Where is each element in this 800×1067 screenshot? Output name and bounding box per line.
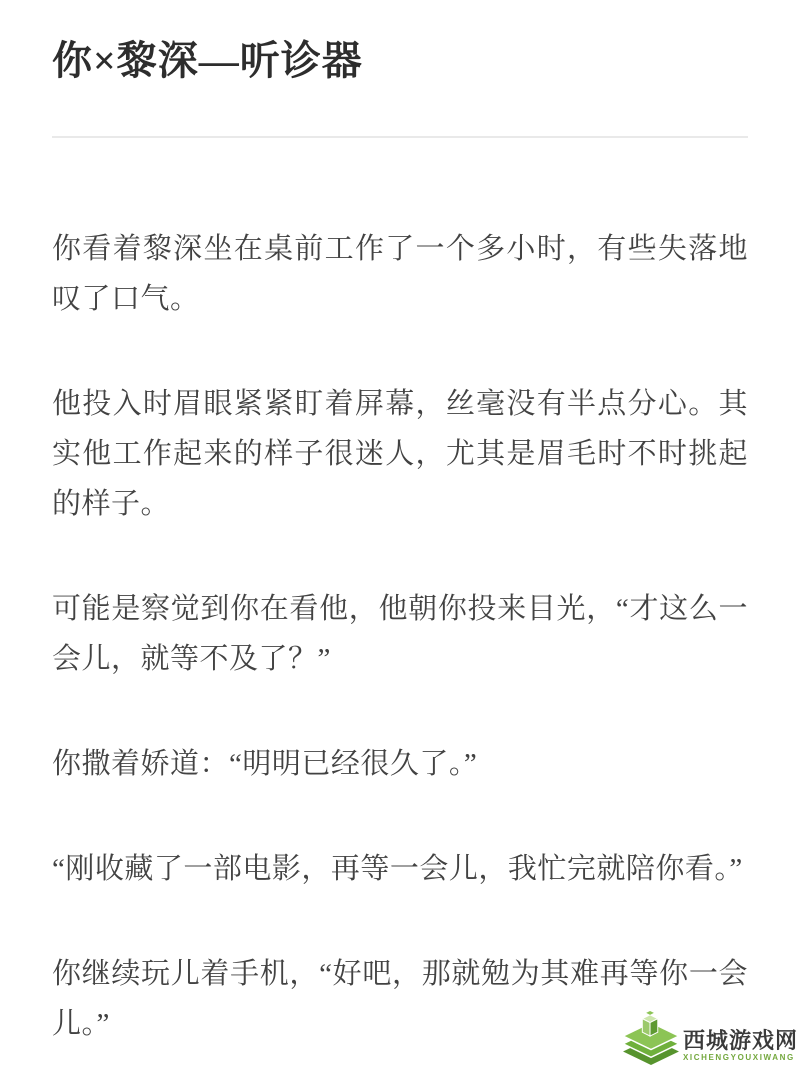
article-title: 你×黎深—听诊器	[52, 36, 748, 86]
site-watermark-text: 西城游戏网 XICHENGYOUXIWANG	[683, 1029, 798, 1065]
article-paragraph: “刚收藏了一部电影，再等一会儿，我忙完就陪你看。”	[52, 844, 748, 894]
article-paragraph: 他投入时眉眼紧紧盯着屏幕，丝毫没有半点分心。其实他工作起来的样子很迷人，尤其是眉…	[52, 379, 748, 529]
title-divider	[52, 136, 748, 138]
site-name: 西城游戏网	[683, 1029, 798, 1053]
article-paragraph: 你撒着娇道：“明明已经很久了。”	[52, 739, 748, 789]
article-body: 你看着黎深坐在桌前工作了一个多小时，有些失落地叹了口气。 他投入时眉眼紧紧盯着屏…	[52, 224, 748, 1049]
article-paragraph: 你看着黎深坐在桌前工作了一个多小时，有些失落地叹了口气。	[52, 224, 748, 324]
article-page: 你×黎深—听诊器 你看着黎深坐在桌前工作了一个多小时，有些失落地叹了口气。 他投…	[0, 0, 800, 1067]
site-logo-icon	[623, 1011, 679, 1065]
article-paragraph: 可能是察觉到你在看他，他朝你投来目光，“才这么一会儿，就等不及了？”	[52, 584, 748, 684]
site-watermark: 西城游戏网 XICHENGYOUXIWANG	[623, 1011, 798, 1065]
site-name-latin: XICHENGYOUXIWANG	[683, 1053, 795, 1063]
